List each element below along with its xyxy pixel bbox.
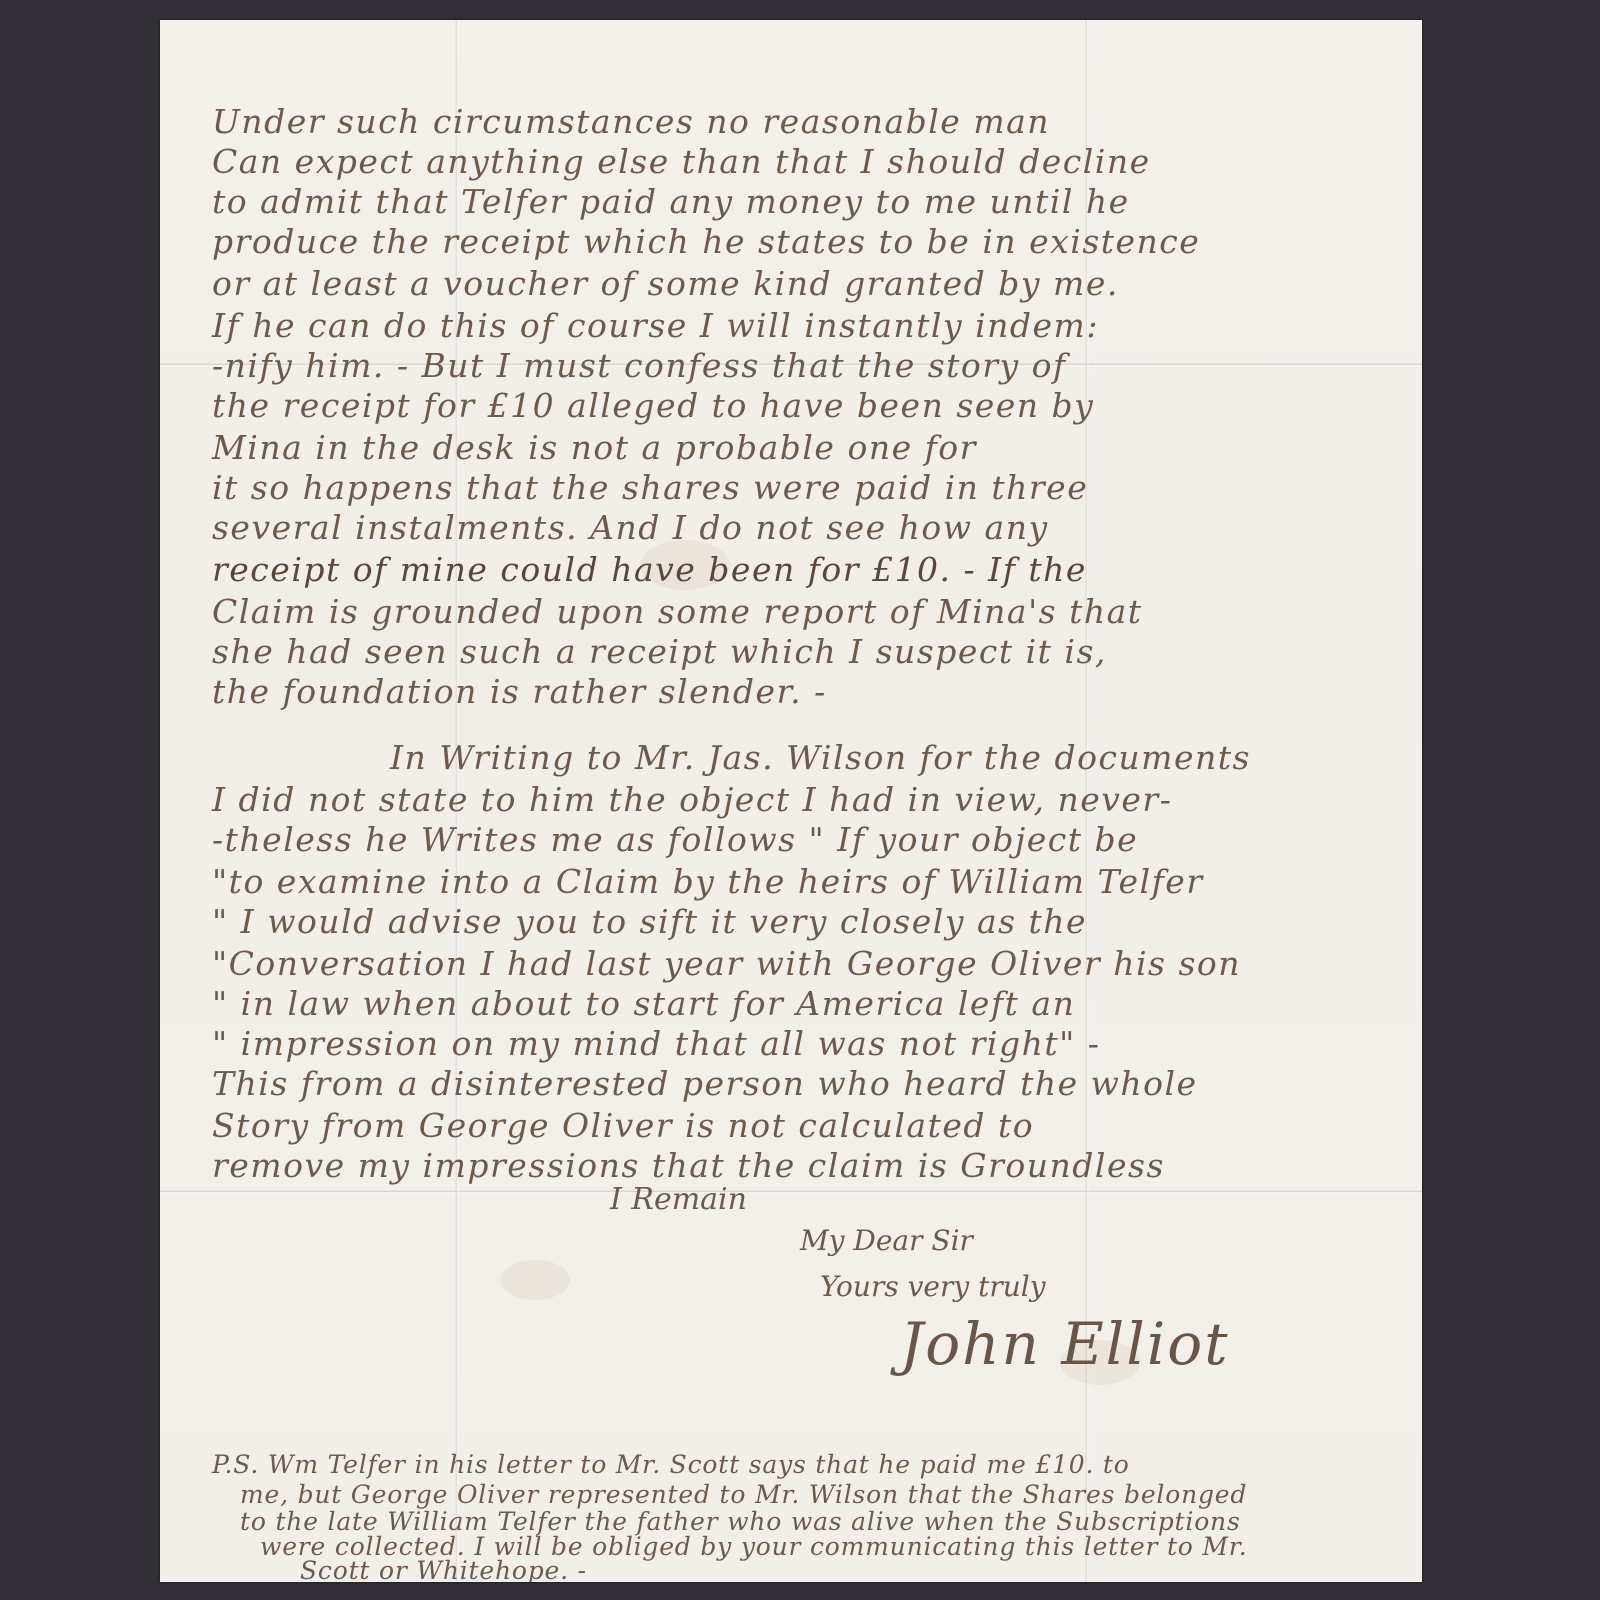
- body-line: " impression on my mind that all was not…: [212, 1024, 1100, 1063]
- postscript-line: P.S. Wm Telfer in his letter to Mr. Scot…: [212, 1450, 1130, 1479]
- body-line: -theless he Writes me as follows " If yo…: [212, 820, 1138, 859]
- body-line: remove my impressions that the claim is …: [212, 1146, 1165, 1185]
- closing-remain: I Remain: [610, 1182, 747, 1217]
- body-line: This from a disinterested person who hea…: [212, 1064, 1198, 1103]
- body-line: or at least a voucher of some kind grant…: [212, 264, 1119, 303]
- body-line: I did not state to him the object I had …: [212, 780, 1172, 819]
- body-line: Mina in the desk is not a probable one f…: [212, 428, 977, 467]
- horizontal-fold-crease: [160, 1190, 1422, 1194]
- body-line: If he can do this of course I will insta…: [212, 306, 1099, 345]
- postscript-line: me, but George Oliver represented to Mr.…: [240, 1480, 1247, 1509]
- letter-page: Under such circumstances no reasonable m…: [160, 20, 1422, 1582]
- closing-salutation: My Dear Sir: [800, 1224, 973, 1257]
- body-line: Claim is grounded upon some report of Mi…: [212, 592, 1143, 631]
- paragraph-start-line: In Writing to Mr. Jas. Wilson for the do…: [390, 738, 1251, 777]
- signature: John Elliot: [900, 1310, 1230, 1378]
- body-line: Can expect anything else than that I sho…: [212, 142, 1151, 181]
- body-line: it so happens that the shares were paid …: [212, 468, 1088, 507]
- body-line: several instalments. And I do not see ho…: [212, 508, 1049, 547]
- body-line: produce the receipt which he states to b…: [212, 222, 1200, 261]
- closing-valediction: Yours very truly: [820, 1270, 1046, 1303]
- body-line: "Conversation I had last year with Georg…: [212, 944, 1241, 983]
- body-line: the receipt for £10 alleged to have been…: [212, 386, 1094, 425]
- body-line: " I would advise you to sift it very clo…: [212, 902, 1087, 941]
- body-line: the foundation is rather slender. -: [212, 672, 827, 711]
- body-line: receipt of mine could have been for £10.…: [212, 550, 1087, 589]
- body-line: -nify him. - But I must confess that the…: [212, 346, 1067, 385]
- body-line: " in law when about to start for America…: [212, 984, 1075, 1023]
- body-line: Under such circumstances no reasonable m…: [212, 102, 1050, 141]
- body-line: Story from George Oliver is not calculat…: [212, 1106, 1034, 1145]
- body-line: to admit that Telfer paid any money to m…: [212, 182, 1130, 221]
- postscript-line: Scott or Whitehope. -: [300, 1556, 587, 1582]
- paper-stain: [500, 1260, 570, 1300]
- body-line: "to examine into a Claim by the heirs of…: [212, 862, 1204, 901]
- body-line: she had seen such a receipt which I susp…: [212, 632, 1107, 671]
